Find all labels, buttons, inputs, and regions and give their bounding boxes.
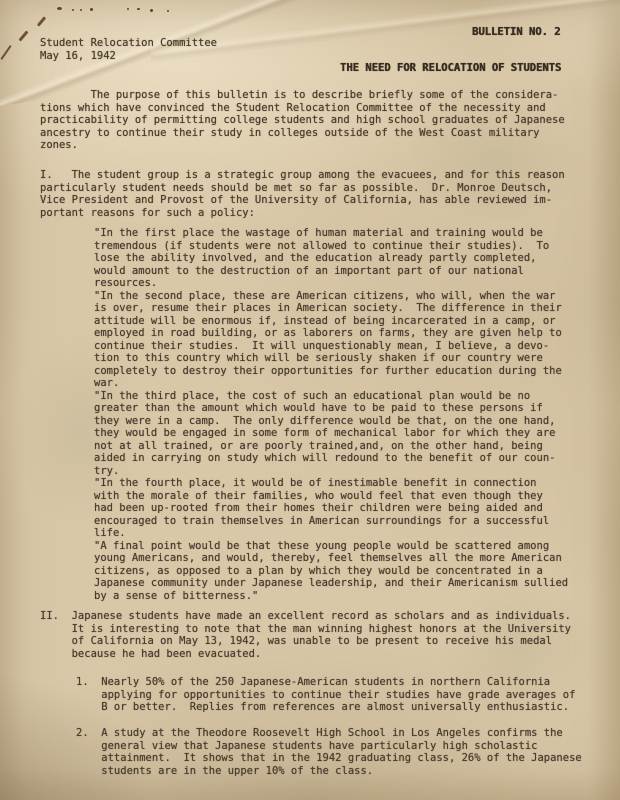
document-date: May 16, 1942 [40, 50, 116, 63]
numbered-item-1: 1. Nearly 50% of the 250 Japanese-Americ… [76, 676, 575, 714]
paper-speck [72, 9, 74, 11]
document-page: BULLETIN NO. 2 Student Relocation Commit… [0, 0, 620, 800]
paper-speck [167, 10, 169, 12]
paper-speck [127, 8, 129, 10]
intro-paragraph: The purpose of this bulletin is to descr… [40, 89, 565, 152]
paper-speck [57, 7, 62, 10]
paper-speck [137, 8, 140, 10]
numbered-item-2: 2. A study at the Theodore Roosevelt Hig… [76, 727, 582, 777]
pen-mark [37, 16, 46, 26]
committee-name: Student Relocation Committee [40, 37, 217, 50]
bulletin-number: BULLETIN NO. 2 [472, 26, 561, 39]
section-2-paragraph: II. Japanese students have made an excel… [40, 610, 571, 660]
pen-mark [0, 45, 11, 60]
section-1-paragraph: I. The student group is a strategic grou… [40, 169, 565, 219]
paper-speck [80, 9, 82, 11]
paper-speck [150, 9, 153, 12]
deutsch-quote-block: "In the first place the wastage of human… [94, 227, 568, 602]
paper-speck [90, 8, 93, 11]
pen-mark [18, 30, 28, 41]
document-title: THE NEED FOR RELOCATION OF STUDENTS [340, 62, 561, 75]
